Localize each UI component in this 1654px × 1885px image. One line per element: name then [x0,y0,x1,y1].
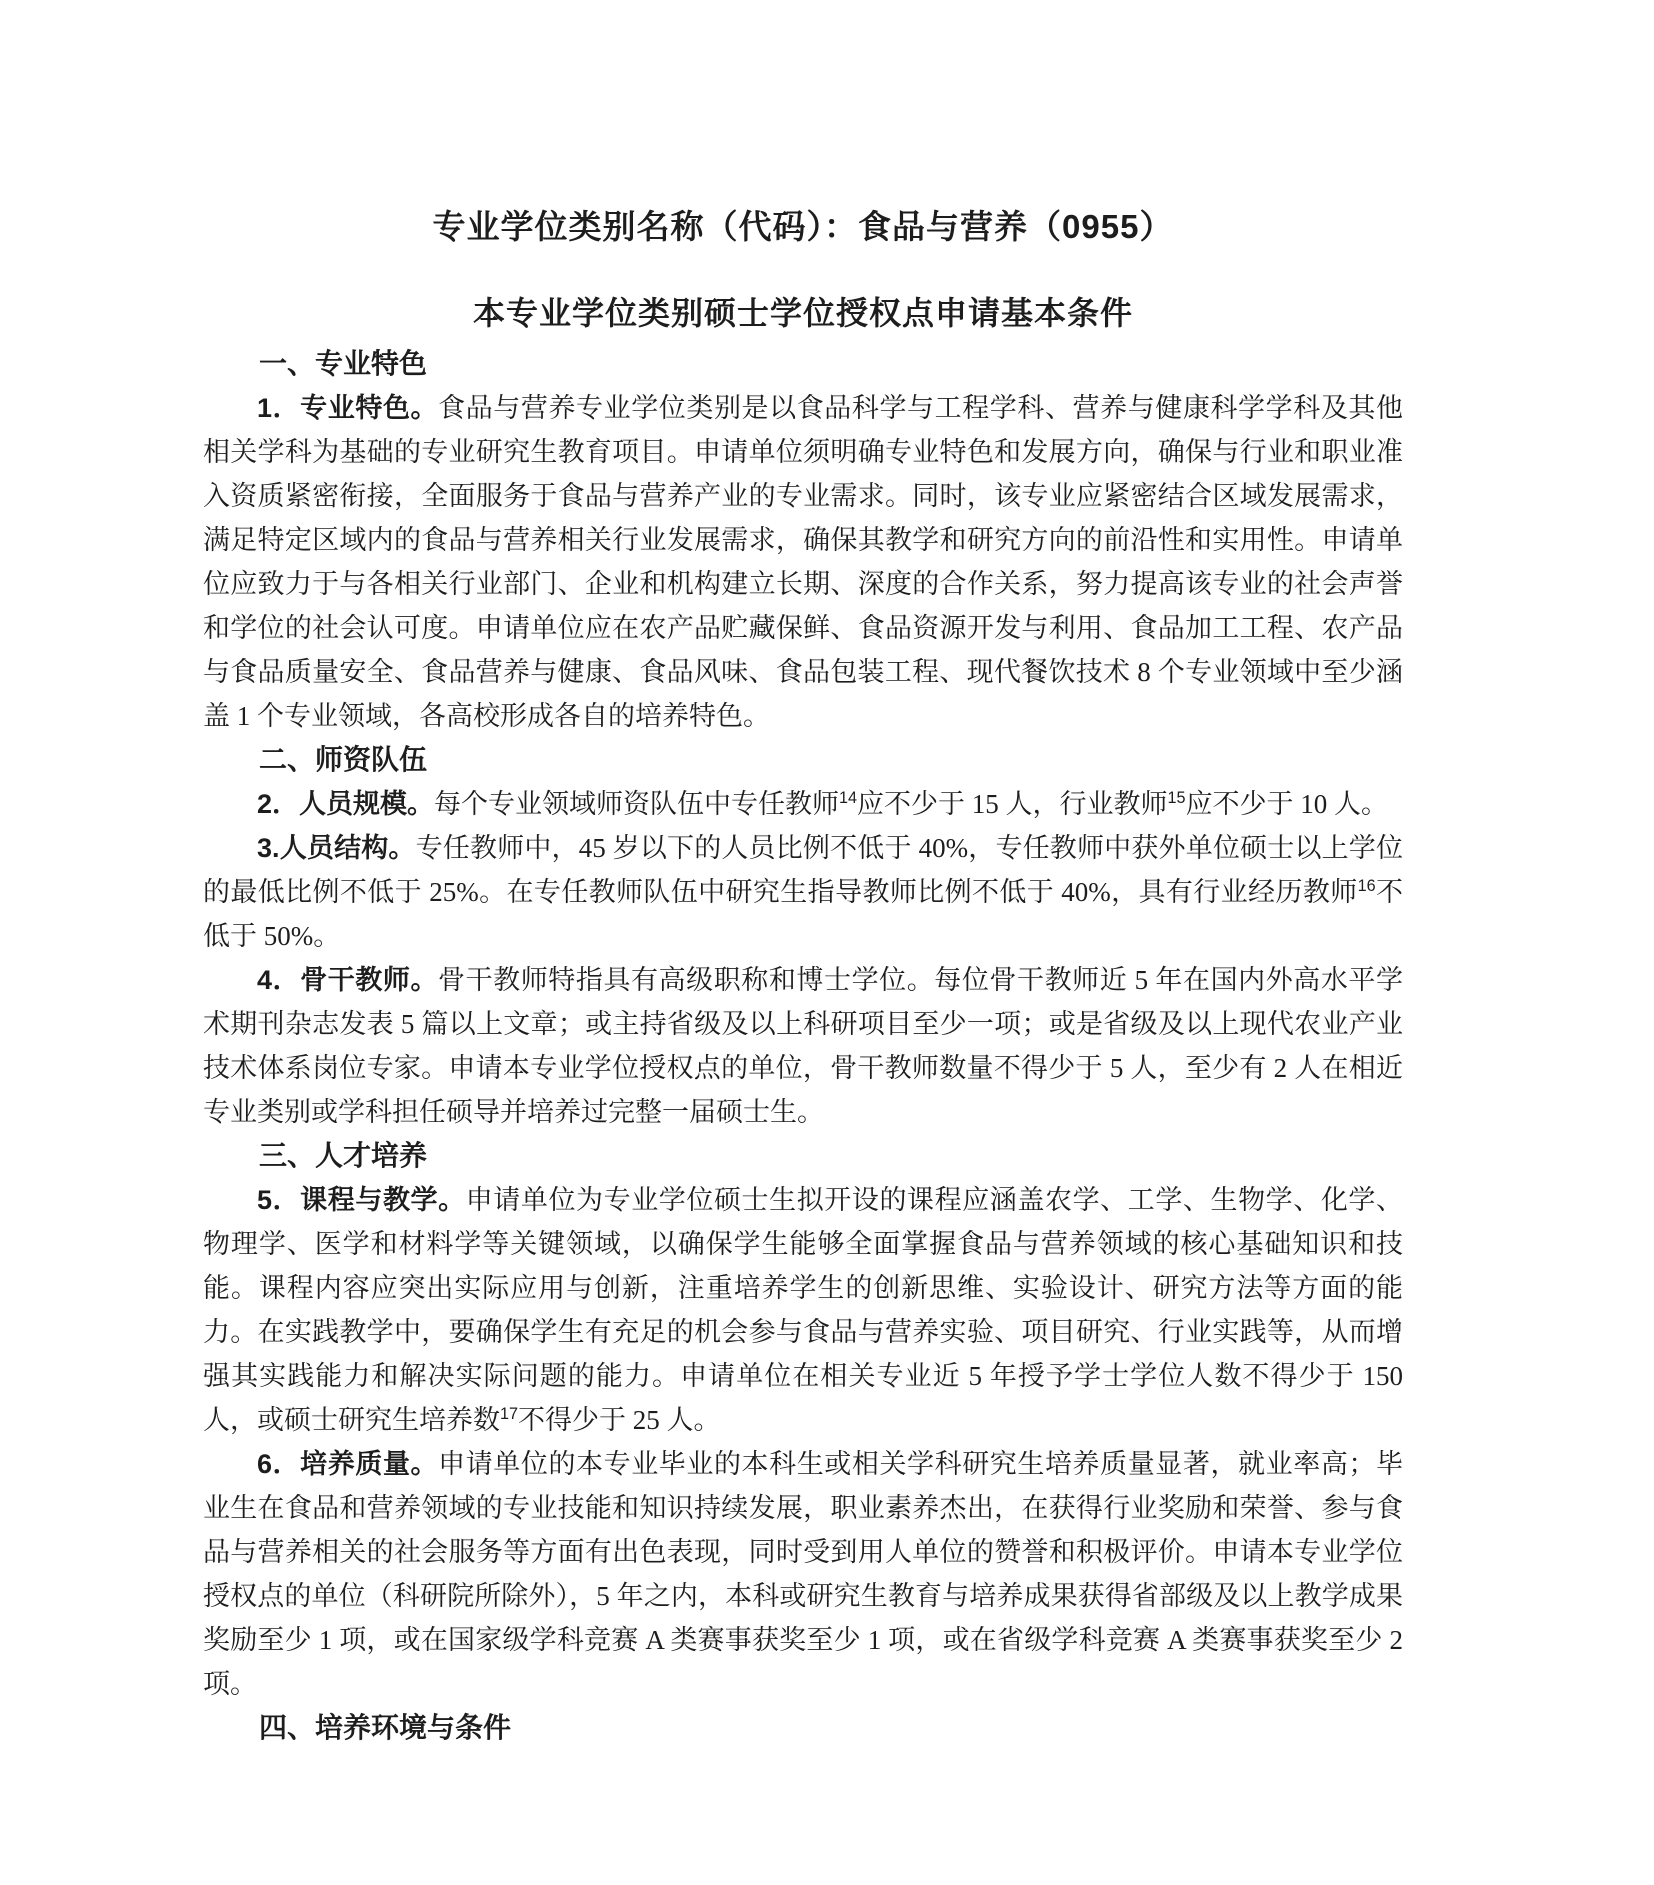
paragraph-key-teachers: 4．骨干教师。骨干教师特指具有高级职称和博士学位。每位骨干教师近 5 年在国内外… [203,958,1403,1134]
section-heading-talent-cultivation: 三、人才培养 [203,1134,1403,1178]
footnote-ref-16: 16 [1358,877,1376,895]
document-body: 专业学位类别名称（代码）：食品与营养（0955） 本专业学位类别硕士学位授权点申… [203,0,1403,1750]
document-content: 一、专业特色 1．专业特色。食品与营养专业学位类别是以食品科学与工程学科、营养与… [203,342,1403,1750]
paragraph-curriculum-teaching: 5．课程与教学。申请单位为专业学位硕士生拟开设的课程应涵盖农学、工学、生物学、化… [203,1178,1403,1442]
paragraph-lead-curriculum-teaching: 5．课程与教学。 [257,1185,466,1215]
paragraph-lead-personnel-scale: 2．人员规模。 [257,789,434,819]
paragraph-personnel-scale: 2．人员规模。每个专业领域师资队伍中专任教师14应不少于 15 人，行业教师15… [203,782,1403,826]
section-heading-faculty-team: 二、师资队伍 [203,738,1403,782]
paragraph-lead-key-teachers: 4．骨干教师。 [257,965,438,995]
section-heading-professional-features: 一、专业特色 [203,342,1403,386]
section-heading-environment-conditions: 四、培养环境与条件 [203,1706,1403,1750]
paragraph-text: 应不少于 10 人。 [1186,789,1389,819]
paragraph-personnel-structure: 3.人员结构。专任教师中，45 岁以下的人员比例不低于 40%，专任教师中获外单… [203,826,1403,958]
paragraph-cultivation-quality: 6．培养质量。申请单位的本专业毕业的本科生或相关学科研究生培养质量显著，就业率高… [203,1442,1403,1706]
paragraph-lead-personnel-structure: 3.人员结构。 [257,833,416,863]
document-page: 专业学位类别名称（代码）：食品与营养（0955） 本专业学位类别硕士学位授权点申… [0,0,1654,1885]
paragraph-lead-professional-features: 1．专业特色。 [257,393,438,423]
paragraph-text: 应不少于 15 人，行业教师 [857,789,1168,819]
paragraph-text: 食品与营养专业学位类别是以食品科学与工程学科、营养与健康科学学科及其他相关学科为… [203,393,1403,731]
document-subtitle: 本专业学位类别硕士学位授权点申请基本条件 [203,292,1403,334]
footnote-ref-17: 17 [500,1405,518,1423]
paragraph-professional-features: 1．专业特色。食品与营养专业学位类别是以食品科学与工程学科、营养与健康科学学科及… [203,386,1403,738]
paragraph-text: 申请单位的本专业毕业的本科生或相关学科研究生培养质量显著，就业率高；毕业生在食品… [203,1449,1403,1699]
footnote-ref-15: 15 [1168,789,1186,807]
paragraph-lead-cultivation-quality: 6．培养质量。 [257,1449,438,1479]
document-title: 专业学位类别名称（代码）：食品与营养（0955） [203,0,1403,248]
paragraph-text: 不得少于 25 人。 [518,1405,721,1435]
paragraph-text: 申请单位为专业学位硕士生拟开设的课程应涵盖农学、工学、生物学、化学、物理学、医学… [203,1185,1403,1435]
paragraph-text: 每个专业领域师资队伍中专任教师 [434,789,839,819]
footnote-ref-14: 14 [839,789,857,807]
